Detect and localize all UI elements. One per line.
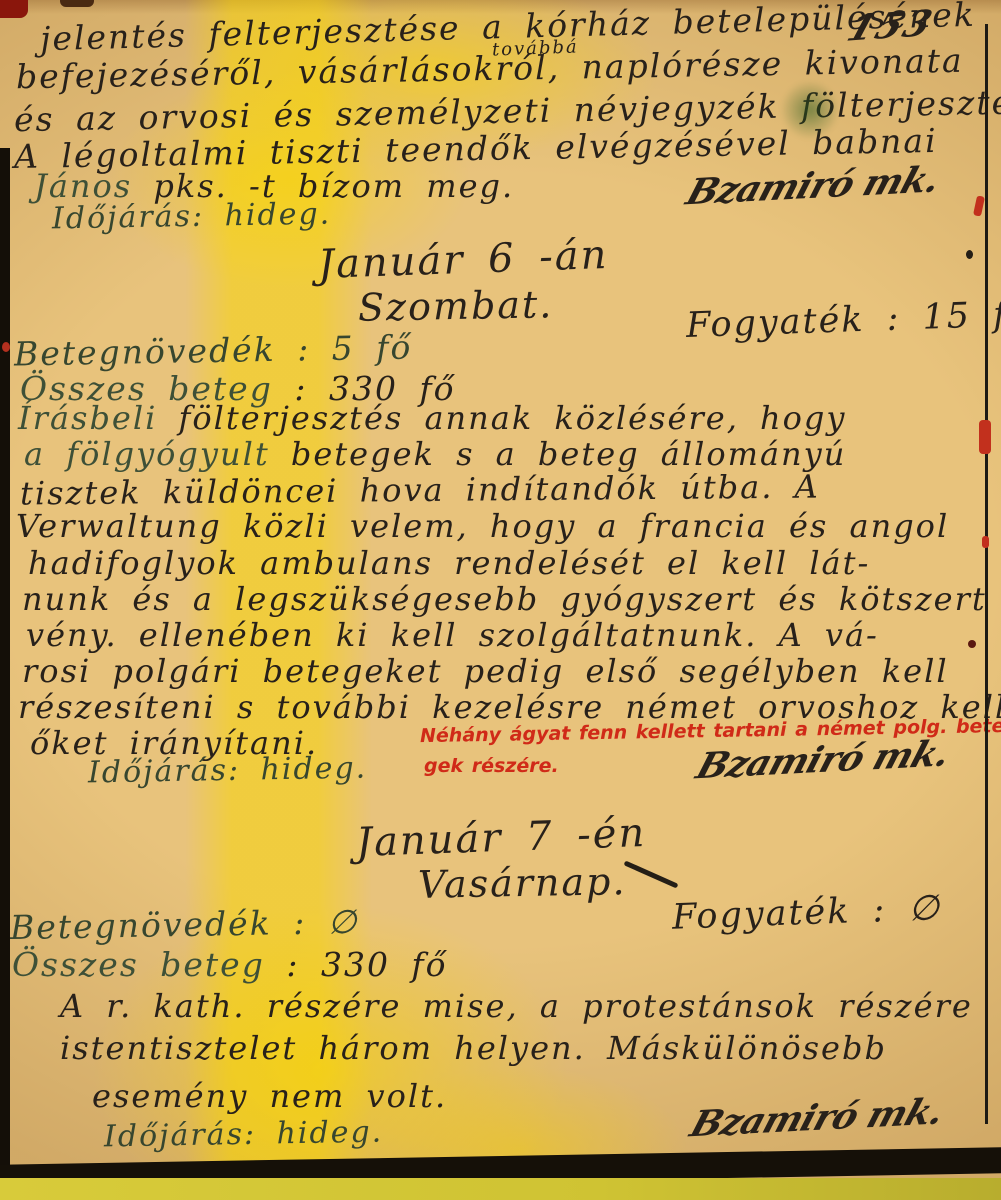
red-edge-mark [982, 536, 989, 548]
bottom-paper-strip [0, 1178, 1001, 1200]
ink-dot [968, 640, 976, 648]
weather-line: Időjárás: hideg. [52, 200, 332, 235]
body-line: nunk és a legszükségesebb gyógyszert és … [22, 583, 987, 615]
right-scan-edge [985, 24, 988, 1124]
day-heading-jan7: Vasárnap. [418, 862, 627, 904]
admissions-line-jan7: Betegnövedék : ∅ [10, 905, 359, 944]
body-line: a fölgyógyult betegek s a beteg állomány… [24, 438, 846, 470]
diary-page-scan: 153 jelentés felterjesztése a kórház bet… [0, 0, 1001, 1200]
body-line: hadifoglyok ambulans rendelését el kell … [28, 547, 870, 579]
signature: Bzamiró mk. [686, 1094, 948, 1143]
loss-line-jan7: Fogyaték : ∅ [671, 891, 941, 935]
total-line-jan7: Összes beteg : 330 fő [12, 948, 448, 981]
body-line: tisztek küldöncei hova indítandók útba. … [20, 471, 820, 510]
line-rest: fölterjesztés annak közlésére, hogy [179, 399, 847, 437]
signature: Bzamiró mk. [682, 162, 944, 211]
top-edge-mark [60, 0, 94, 7]
red-corner-stain [0, 0, 28, 18]
red-edge-mark [973, 195, 985, 216]
green-word: Írásbeli [18, 399, 157, 437]
total-value: : 330 fő [286, 945, 447, 984]
admissions-line-jan6: Betegnövedék : 5 fő [14, 331, 413, 371]
red-edge-mark [979, 420, 991, 454]
body-line: Verwaltung közli velem, hogy a francia é… [16, 510, 949, 542]
body-line: esemény nem volt. [92, 1080, 447, 1112]
total-label: Összes beteg [12, 945, 265, 984]
body-line: istentisztelet három helyen. Máskülönöse… [60, 1032, 887, 1064]
left-scan-edge [0, 148, 10, 1200]
weather-line: Időjárás: hideg. [88, 754, 368, 789]
green-word: a fölgyógyult [24, 435, 270, 473]
date-heading-jan7: Január 7 -én [355, 813, 646, 863]
ink-dot [966, 250, 973, 259]
body-line: rosi polgári betegeket pedig első segély… [22, 655, 949, 687]
body-line: Írásbeli fölterjesztés annak közlésére, … [18, 402, 846, 434]
signature: Bzamiró mk. [692, 736, 954, 785]
body-line: vény. ellenében ki kell szolgáltatnunk. … [26, 619, 879, 651]
date-heading-jan6: Január 6 -án [317, 235, 609, 285]
body-line: A r. kath. részére mise, a protestánsok … [60, 990, 973, 1022]
weather-line: Időjárás: hideg. [104, 1118, 384, 1153]
pen-flourish [623, 860, 678, 888]
loss-line-jan6: Fogyaték : 15 fő [685, 297, 1001, 344]
red-annotation-line: gek részére. [424, 757, 559, 776]
inserted-word: továbbá [492, 38, 579, 59]
green-ink-stain [780, 80, 840, 140]
day-heading-jan6: Szombat. [358, 285, 554, 326]
red-margin-dot [2, 342, 10, 352]
